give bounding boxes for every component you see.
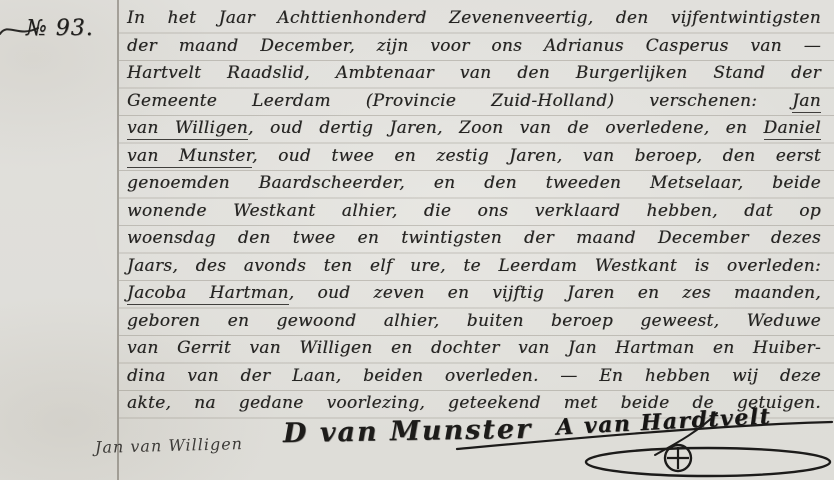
document-line: woensdag den twee en twintigsten der maa…	[127, 225, 821, 253]
document-line: geboren en gewoond alhier, buiten beroep…	[127, 308, 821, 336]
text-segment: , oud twee en zestig Jaren, van beroep, …	[252, 146, 821, 166]
text-segment: In het Jaar Achttienhonderd Zevenenveert…	[127, 8, 821, 28]
document-line: Gemeente Leerdam (Provincie Zuid-Holland…	[127, 88, 821, 116]
document-line: wonende Westkant alhier, die ons verklaa…	[127, 198, 821, 226]
document-line: der maand December, zijn voor ons Adrian…	[127, 33, 821, 61]
document-line: van Munster, oud twee en zestig Jaren, v…	[127, 143, 821, 171]
text-segment: geboren en gewoond alhier, buiten beroep…	[127, 311, 821, 331]
text-segment: der maand December, zijn voor ons Adrian…	[127, 36, 821, 56]
text-segment: Gemeente Leerdam (Provincie Zuid-Holland…	[127, 91, 792, 111]
underlined-name: van Willigen	[127, 118, 248, 140]
document-line: genoemden Baardscheerder, en den tweeden…	[127, 170, 821, 198]
text-segment: wonende Westkant alhier, die ons verklaa…	[127, 201, 821, 221]
document-line: In het Jaar Achttienhonderd Zevenenveert…	[127, 5, 821, 33]
text-segment: , oud zeven en vijftig Jaren en zes maan…	[289, 283, 821, 303]
signature-witness-d-van-munster: D van Munster	[283, 414, 533, 449]
signature-witness-jan-van-willigen: Jan van Willigen	[95, 434, 243, 457]
register-page: № 93. In het Jaar Achttienhonderd Zevene…	[0, 0, 834, 480]
document-line: van Willigen, oud dertig Jaren, Zoon van…	[127, 115, 821, 143]
text-segment: Jaars, des avonds ten elf ure, te Leerda…	[127, 256, 821, 276]
text-segment: genoemden Baardscheerder, en den tweeden…	[127, 173, 821, 193]
underlined-name: Jan	[792, 91, 821, 113]
act-number: № 93.	[26, 16, 94, 41]
underlined-name: Jacoba Hartman	[127, 283, 289, 305]
text-segment: Hartvelt Raadslid, Ambtenaar van den Bur…	[127, 63, 821, 83]
text-segment: , oud dertig Jaren, Zoon van de overlede…	[248, 118, 764, 138]
text-segment: van Gerrit van Willigen en dochter van J…	[127, 338, 821, 358]
text-segment: dina van der Laan, beiden overleden. — E…	[127, 366, 821, 386]
document-line: Jacoba Hartman, oud zeven en vijftig Jar…	[127, 280, 821, 308]
document-lines: In het Jaar Achttienhonderd Zevenenveert…	[127, 5, 821, 419]
document-line: Hartvelt Raadslid, Ambtenaar van den Bur…	[127, 60, 821, 88]
document-line: Jaars, des avonds ten elf ure, te Leerda…	[127, 253, 821, 281]
underlined-name: van Munster	[127, 146, 252, 168]
text-segment: woensdag den twee en twintigsten der maa…	[127, 228, 821, 248]
underlined-name: Daniel	[764, 118, 821, 140]
document-line: dina van der Laan, beiden overleden. — E…	[127, 363, 821, 391]
document-line: van Gerrit van Willigen en dochter van J…	[127, 335, 821, 363]
